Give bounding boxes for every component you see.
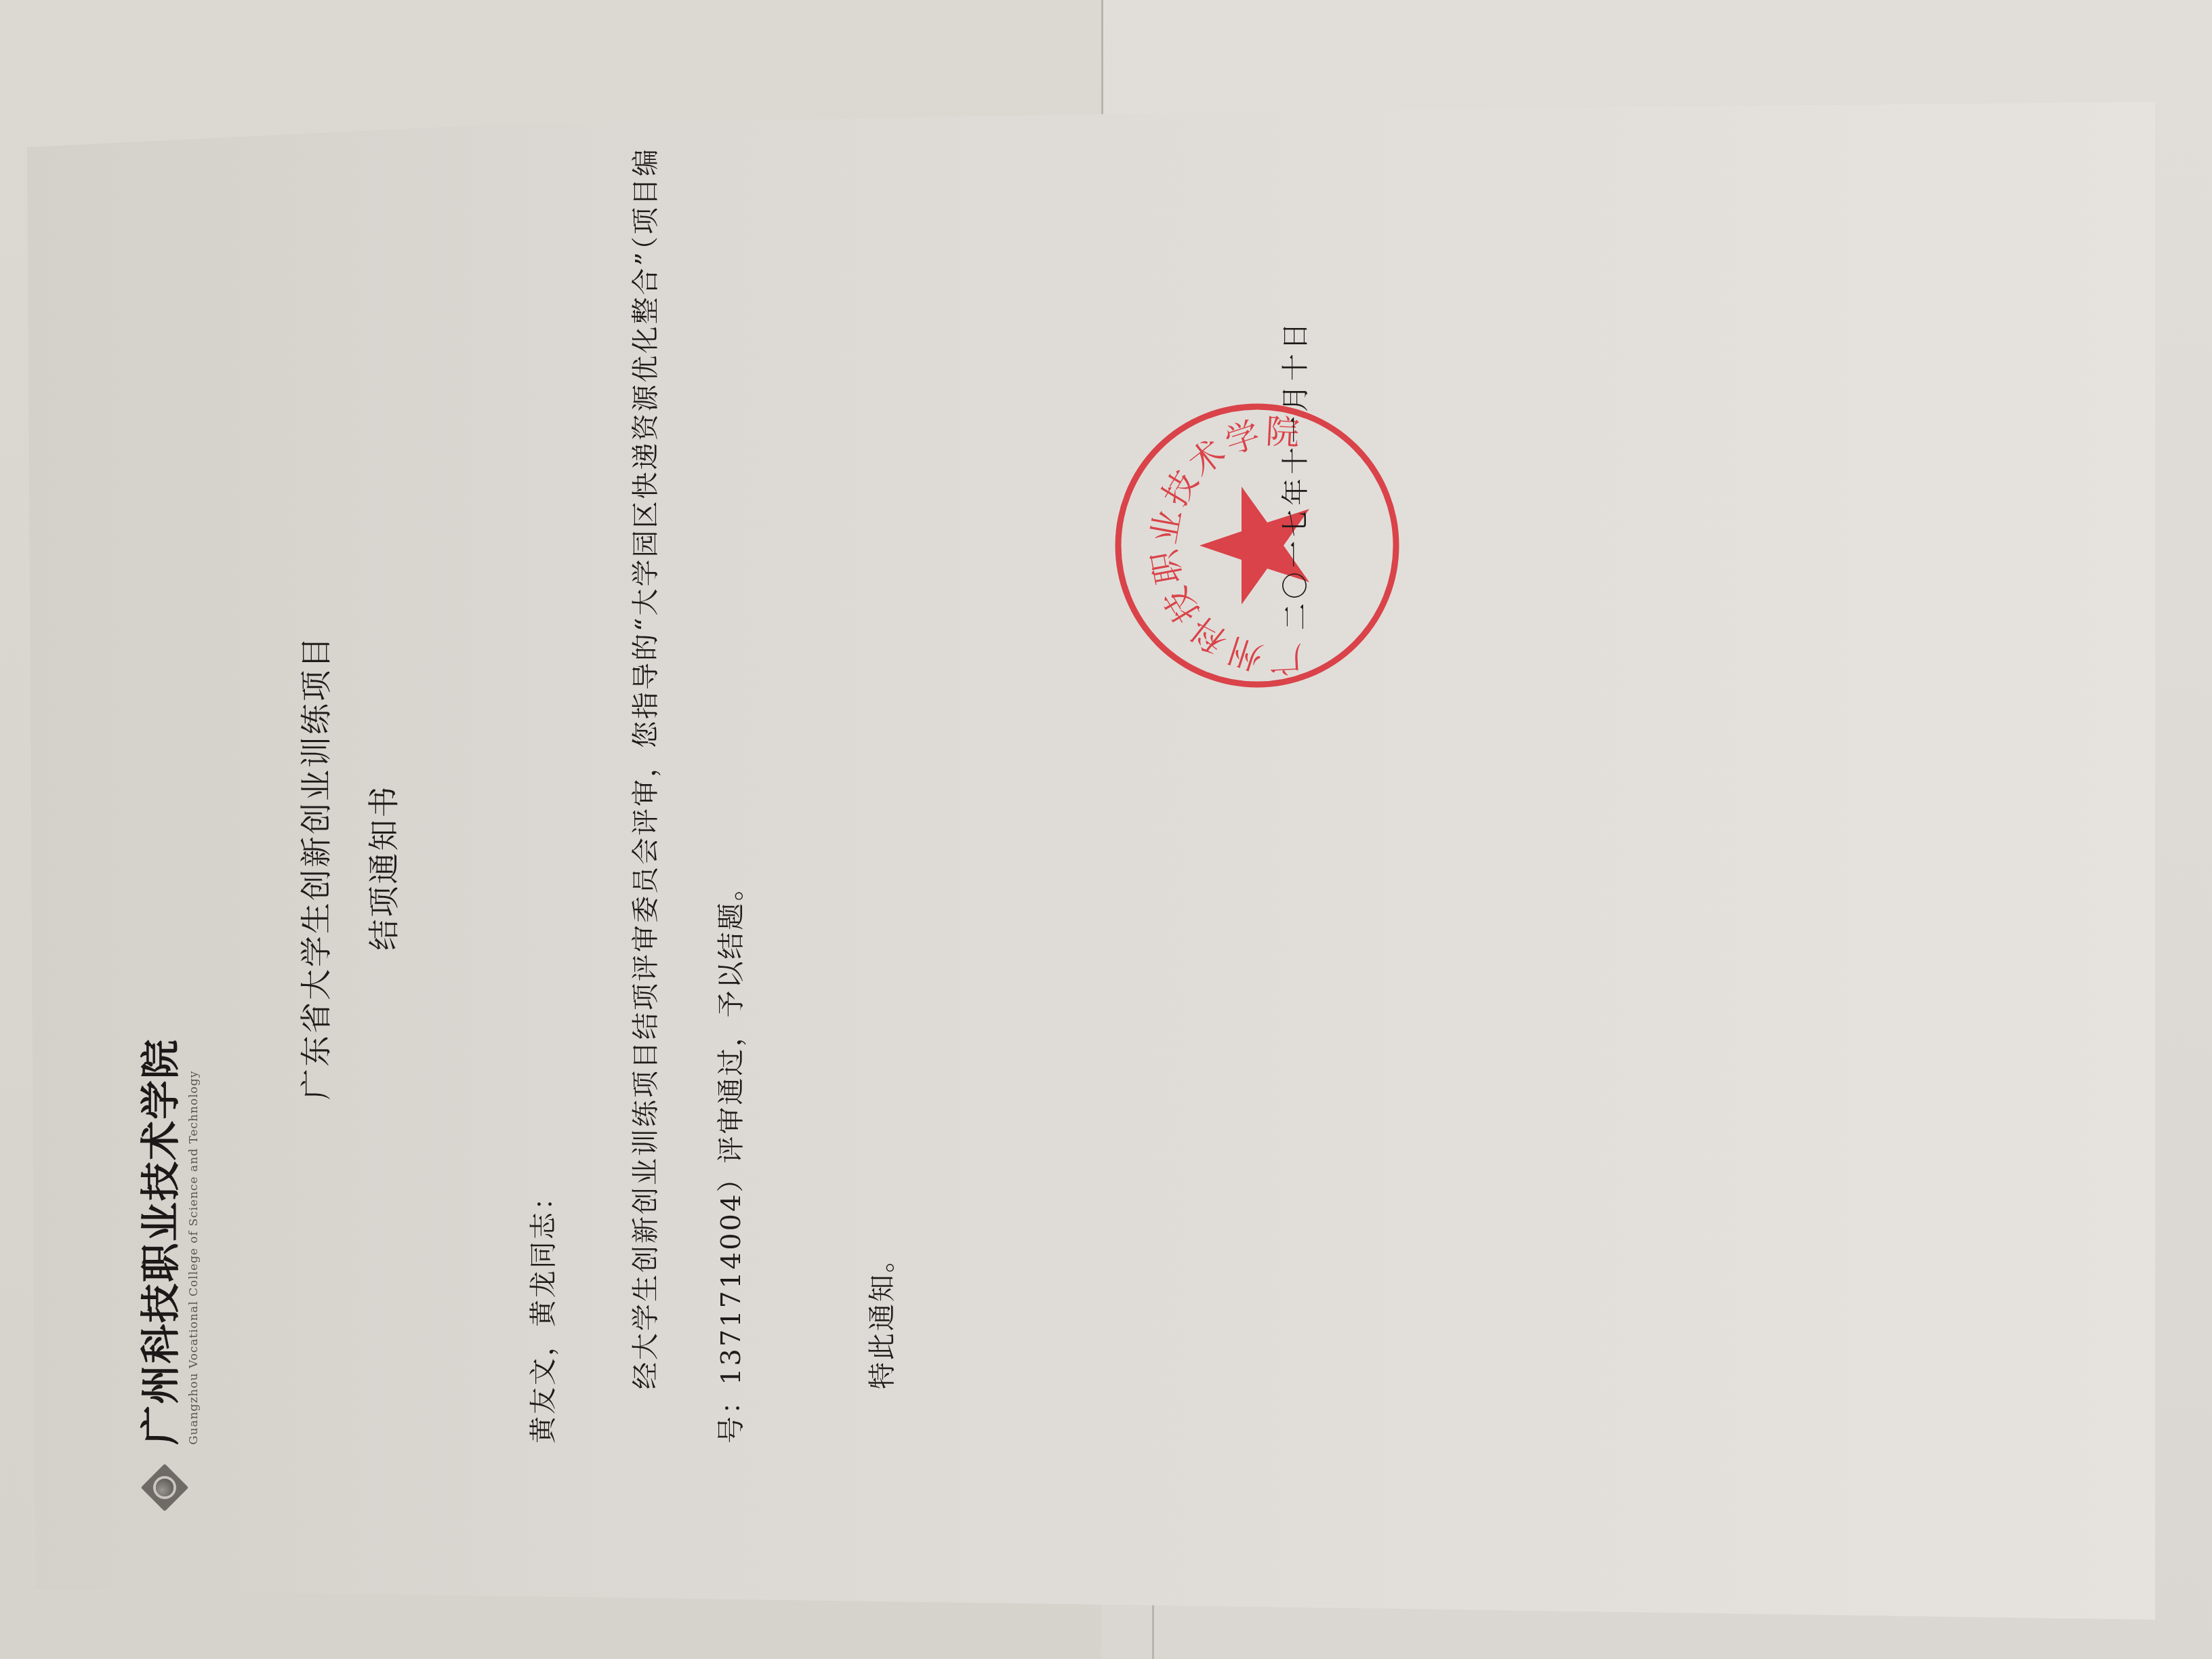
school-name: 广州科技职业技术学院	[129, 1038, 186, 1445]
document-page: 广州科技职业技术学院 Guangzhou Vocational College …	[88, 122, 2121, 1613]
issue-date: 二〇一七年十一月十日	[1274, 319, 1313, 630]
closing-line: 特此通知。	[861, 1244, 899, 1389]
document-subtitle: 结项通知书	[359, 122, 404, 1613]
salutation: 黄友文，黄龙同志：	[522, 1181, 560, 1443]
document-title: 广东省大学生创新创业训练项目	[291, 122, 336, 1613]
school-logo-icon	[141, 1464, 188, 1511]
school-name-english: Guangzhou Vocational College of Science …	[187, 1038, 201, 1445]
body-paragraph: 经大学生创新创业训练项目结项评审委员会评审，您指导的“大学园区快递资源优化整合”…	[603, 136, 774, 1443]
official-seal: 广州科技职业技术学院	[1111, 400, 1403, 691]
letterhead: 广州科技职业技术学院 Guangzhou Vocational College …	[129, 1038, 201, 1511]
